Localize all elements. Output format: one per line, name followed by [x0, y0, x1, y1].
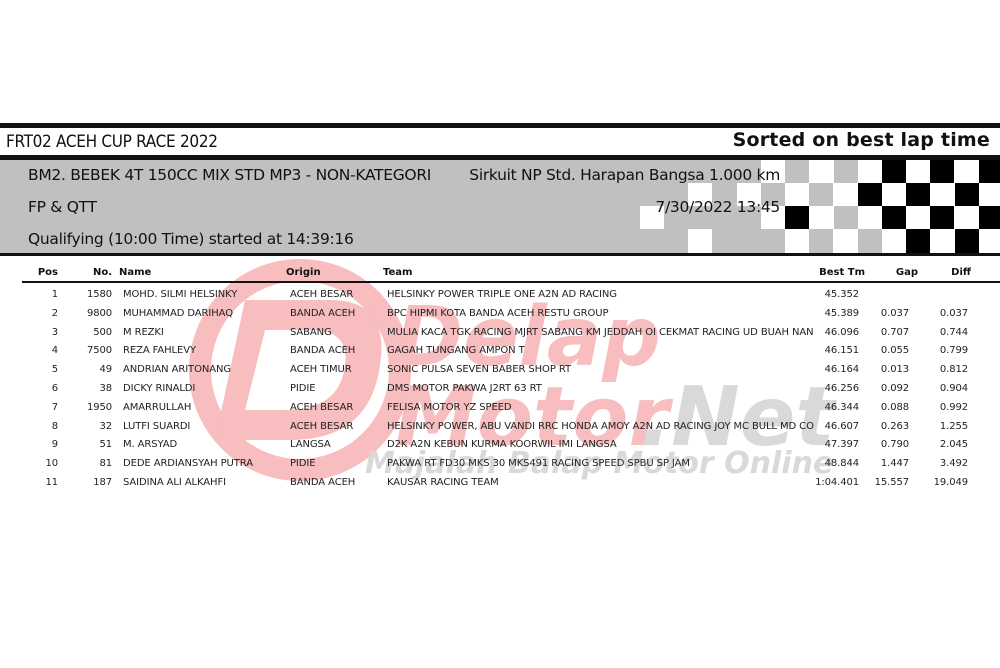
table-cell-team: HELSINKY POWER TRIPLE ONE A2N AD RACING — [387, 289, 617, 300]
table-cell-origin: ACEH BESAR — [290, 402, 353, 413]
table-cell-pos: 9 — [52, 439, 58, 450]
results-table: 11580MOHD. SILMI HELSINKYACEH BESARHELSI… — [0, 0, 1000, 668]
table-cell-name: DICKY RINALDI — [123, 383, 195, 394]
table-cell-best: 1:04.401 — [815, 477, 859, 488]
table-cell-gap: 0.092 — [881, 383, 909, 394]
table-cell-origin: BANDA ACEH — [290, 477, 355, 488]
table-cell-team: KAUSAR RACING TEAM — [387, 477, 499, 488]
table-cell-diff: 0.904 — [940, 383, 968, 394]
table-cell-origin: ACEH TIMUR — [290, 364, 352, 375]
table-cell-no: 187 — [93, 477, 112, 488]
table-cell-no: 9800 — [87, 308, 112, 319]
table-cell-pos: 7 — [52, 402, 58, 413]
table-cell-diff: 1.255 — [940, 421, 968, 432]
table-cell-pos: 2 — [52, 308, 58, 319]
table-cell-diff: 19.049 — [934, 477, 968, 488]
table-cell-name: MUHAMMAD DARIHAQ — [123, 308, 233, 319]
table-cell-origin: ACEH BESAR — [290, 289, 353, 300]
table-cell-best: 46.256 — [825, 383, 859, 394]
table-cell-best: 45.352 — [825, 289, 859, 300]
table-cell-origin: BANDA ACEH — [290, 345, 355, 356]
table-cell-pos: 4 — [52, 345, 58, 356]
table-cell-pos: 11 — [45, 477, 58, 488]
table-cell-name: DEDE ARDIANSYAH PUTRA — [123, 458, 253, 469]
table-cell-origin: BANDA ACEH — [290, 308, 355, 319]
table-cell-gap: 0.013 — [881, 364, 909, 375]
table-cell-origin: PIDIE — [290, 383, 315, 394]
table-cell-pos: 8 — [52, 421, 58, 432]
table-cell-gap: 15.557 — [875, 477, 909, 488]
table-cell-best: 45.389 — [825, 308, 859, 319]
table-cell-gap: 0.263 — [881, 421, 909, 432]
table-cell-best: 46.096 — [825, 327, 859, 338]
table-cell-no: 500 — [93, 327, 112, 338]
table-cell-origin: ACEH BESAR — [290, 421, 353, 432]
table-cell-diff: 0.992 — [940, 402, 968, 413]
table-cell-name: REZA FAHLEVY — [123, 345, 196, 356]
table-cell-diff: 0.812 — [940, 364, 968, 375]
table-cell-gap: 0.055 — [881, 345, 909, 356]
table-cell-name: LUTFI SUARDI — [123, 421, 190, 432]
table-cell-no: 1950 — [87, 402, 112, 413]
table-cell-best: 46.344 — [825, 402, 859, 413]
table-cell-name: M. ARSYAD — [123, 439, 177, 450]
table-cell-name: AMARRULLAH — [123, 402, 191, 413]
table-cell-diff: 0.799 — [940, 345, 968, 356]
table-cell-diff: 0.744 — [940, 327, 968, 338]
table-cell-best: 46.164 — [825, 364, 859, 375]
table-cell-no: 1580 — [87, 289, 112, 300]
table-cell-name: ANDRIAN ARITONANG — [123, 364, 231, 375]
table-cell-no: 38 — [99, 383, 112, 394]
table-cell-best: 47.397 — [825, 439, 859, 450]
table-cell-no: 32 — [99, 421, 112, 432]
table-cell-name: SAIDINA ALI ALKAHFI — [123, 477, 226, 488]
table-cell-team: D2K A2N KEBUN KURMA KOORWIL IMI LANGSA — [387, 439, 617, 450]
table-cell-pos: 6 — [52, 383, 58, 394]
table-cell-gap: 0.707 — [881, 327, 909, 338]
table-cell-pos: 1 — [52, 289, 58, 300]
table-cell-pos: 5 — [52, 364, 58, 375]
table-cell-best: 46.151 — [825, 345, 859, 356]
table-cell-team: MULIA KACA TGK RACING MJRT SABANG KM JED… — [387, 327, 814, 338]
table-cell-diff: 3.492 — [940, 458, 968, 469]
table-cell-team: DMS MOTOR PAKWA J2RT 63 RT — [387, 383, 542, 394]
table-cell-gap: 0.088 — [881, 402, 909, 413]
table-cell-no: 51 — [99, 439, 112, 450]
table-cell-name: M REZKI — [123, 327, 164, 338]
table-cell-best: 48.844 — [825, 458, 859, 469]
table-cell-origin: SABANG — [290, 327, 332, 338]
table-cell-origin: LANGSA — [290, 439, 331, 450]
table-cell-team: GAGAH TUNGANG AMPON T — [387, 345, 525, 356]
table-cell-pos: 3 — [52, 327, 58, 338]
table-cell-diff: 2.045 — [940, 439, 968, 450]
table-cell-name: MOHD. SILMI HELSINKY — [123, 289, 237, 300]
table-cell-gap: 1.447 — [881, 458, 909, 469]
table-cell-team: PAKWA RT FD30 MKS 30 MKS491 RACING SPEED… — [387, 458, 690, 469]
table-cell-no: 81 — [99, 458, 112, 469]
table-cell-diff: 0.037 — [940, 308, 968, 319]
table-cell-team: SONIC PULSA SEVEN BABER SHOP RT — [387, 364, 571, 375]
table-cell-team: FELISA MOTOR YZ SPEED — [387, 402, 512, 413]
table-cell-no: 49 — [99, 364, 112, 375]
table-cell-team: HELSINKY POWER, ABU VANDI RRC HONDA AMOY… — [387, 421, 814, 432]
table-cell-no: 7500 — [87, 345, 112, 356]
table-cell-best: 46.607 — [825, 421, 859, 432]
table-cell-pos: 10 — [45, 458, 58, 469]
table-cell-origin: PIDIE — [290, 458, 315, 469]
table-cell-team: BPC HIPMI KOTA BANDA ACEH RESTU GROUP — [387, 308, 608, 319]
table-cell-gap: 0.037 — [881, 308, 909, 319]
table-cell-gap: 0.790 — [881, 439, 909, 450]
